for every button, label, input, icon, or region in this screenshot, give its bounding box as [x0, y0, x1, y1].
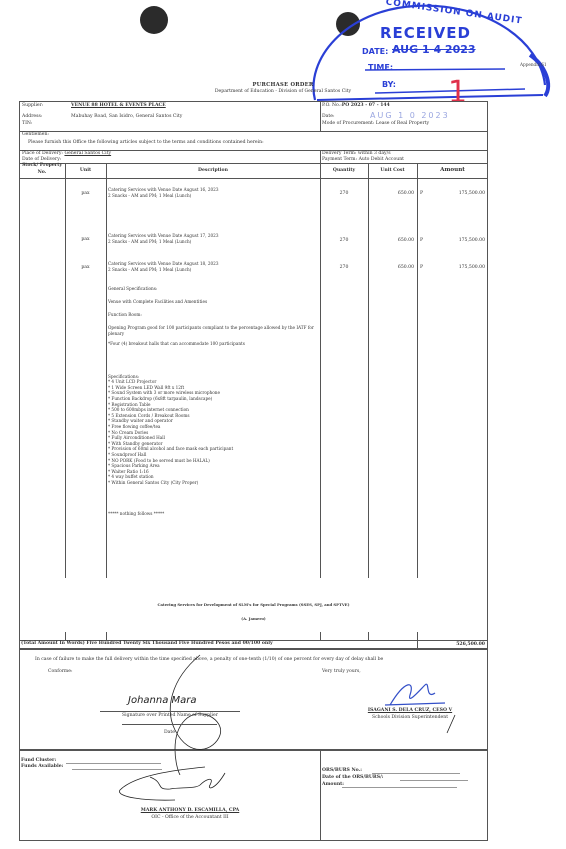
address-value: Mabuhay Road, San Isidro, General Santos…: [71, 114, 182, 119]
date-label: Date:: [322, 114, 335, 119]
place-of-delivery-label: Place of Delivery:: [22, 151, 63, 156]
supplier-label: Supplier:: [22, 103, 43, 108]
place-of-delivery-value: General Santos City: [64, 151, 111, 156]
document-subtitle: Department of Education - Division of Ge…: [0, 89, 566, 94]
header-description: Description: [106, 168, 320, 173]
opening-program: Opening Program good for 100 participant…: [108, 325, 318, 336]
po-label: P.O. No.:: [322, 103, 342, 108]
row-amount: 175,500.00: [430, 238, 485, 243]
ors-date-label: Date of the ORS/BURS/:: [322, 775, 383, 780]
mode-label: Mode of Procurement:: [322, 121, 374, 126]
spec-item: * Within General Santos City (City Prope…: [108, 480, 318, 486]
row-unit-cost: 650.00: [368, 265, 414, 270]
date-caption: Date: [122, 730, 217, 735]
amount-label: Amount:: [322, 782, 344, 787]
row-currency: P: [420, 238, 423, 243]
row-description-line2: 2 Snacks - AM and PM; 1 Meal (Lunch): [108, 239, 218, 245]
delivery-term-label: Delivery Term:: [322, 151, 356, 156]
total-amount-value: 526,500.00: [420, 642, 485, 647]
row-amount: 175,500.00: [430, 265, 485, 270]
row-amount: 175,500.00: [430, 191, 485, 196]
accountant-title: OIC - Office of the Accountant III: [120, 815, 260, 820]
address-label: Address:: [22, 114, 42, 119]
stamp-date-label: DATE:: [362, 47, 388, 56]
supplier-name: VENUE 88 HOTEL & EVENTS PLACE: [71, 103, 166, 108]
funds-available-label: Funds Available:: [21, 764, 63, 769]
header-amount: Amount: [417, 167, 488, 173]
nothing-follows: ***** nothing follows *****: [108, 511, 318, 516]
supplier-handwritten-name: Johanna Mara: [128, 695, 197, 706]
conforme-label: Conforme:: [48, 669, 73, 674]
row-unit: pax: [65, 191, 106, 196]
mode-value: Lease of Real Property: [376, 121, 429, 126]
header-stock-property-no: Stock/ Property No.: [19, 163, 65, 176]
venue-line: Venue with Complete Facilities and Ament…: [108, 299, 318, 304]
row-description-line1: Catering Services with Venue Date August…: [108, 261, 218, 267]
row-unit: pax: [65, 237, 106, 242]
row-unit: pax: [65, 265, 106, 270]
header-quantity: Quantity: [320, 168, 368, 173]
breakout-halls: *Four (4) breakout halls that can accomm…: [108, 341, 318, 346]
general-specs-label: General Specifications:: [108, 286, 318, 291]
row-currency: P: [420, 191, 423, 196]
fund-cluster-label: Fund Cluster:: [21, 758, 56, 763]
function-room-label: Function Room:: [108, 312, 318, 317]
purpose-line: Catering Services for Development of SLM…: [19, 602, 488, 607]
row-currency: P: [420, 265, 423, 270]
header-unit-cost: Unit Cost: [368, 168, 417, 173]
po-number: PO 2023 - 07 - 144: [342, 103, 390, 108]
delivery-term-value: within 3 day/s: [358, 151, 391, 156]
row-unit-cost: 650.00: [368, 238, 414, 243]
row-description-line1: Catering Services with Venue Date August…: [108, 233, 218, 239]
row-description-line2: 2 Snacks - AM and PM; 1 Meal (Lunch): [108, 193, 218, 199]
punch-hole-left: [140, 6, 168, 34]
tin-label: TIN:: [22, 121, 32, 126]
date-of-delivery-label: Date of Delivery:: [22, 157, 61, 162]
superintendent-signature-icon: [385, 675, 465, 735]
requester: (A. Jamero): [19, 616, 488, 621]
supplier-signature-caption: Signature over Printed Name of Supplier: [100, 713, 240, 718]
total-amount-words: Five Hundred Twenty Six Thousand Five Hu…: [86, 641, 272, 646]
superintendent-name: ISAGANI S. DELA CRUZ, CESO V: [355, 708, 465, 713]
stamp-time-label: TIME:: [368, 63, 393, 72]
row-quantity: 270: [320, 265, 368, 270]
superintendent-title: Schools Division Superintendent: [355, 715, 465, 720]
row-description-line2: 2 Snacks - AM and PM; 1 Meal (Lunch): [108, 267, 218, 273]
row-description-line1: Catering Services with Venue Date August…: [108, 187, 218, 193]
stamp-received: RECEIVED: [380, 24, 471, 42]
accountant-signature-icon: [115, 765, 250, 805]
appendix-label: Appendix 61: [520, 62, 547, 67]
accountant-name: MARK ANTHONY D. ESCAMILLA, CPA: [120, 808, 260, 813]
row-unit-cost: 650.00: [368, 191, 414, 196]
gentlemen-label: Gentlemen:: [22, 132, 49, 137]
payment-term-value: Auto Debit Account: [359, 157, 404, 162]
header-unit: Unit: [65, 168, 106, 173]
document-title: PURCHASE ORDER: [0, 82, 566, 88]
stamp-date-value: AUG 1 4 2023: [392, 43, 476, 56]
specifications-block: General Specifications: Venue with Compl…: [108, 286, 318, 516]
payment-term-label: Payment Term:: [322, 157, 357, 162]
row-quantity: 270: [320, 238, 368, 243]
gentlemen-text: Please furnish this Office the following…: [28, 140, 264, 145]
total-words-label: (Total Amount In Words): [21, 641, 85, 646]
specs-list: * 4 Unit LCD Projector* 1 Wide Screen LE…: [108, 379, 318, 485]
ors-burs-label: ORS/BURS No.:: [322, 768, 362, 773]
row-quantity: 270: [320, 191, 368, 196]
closing-text: Very truly yours,: [322, 669, 361, 674]
